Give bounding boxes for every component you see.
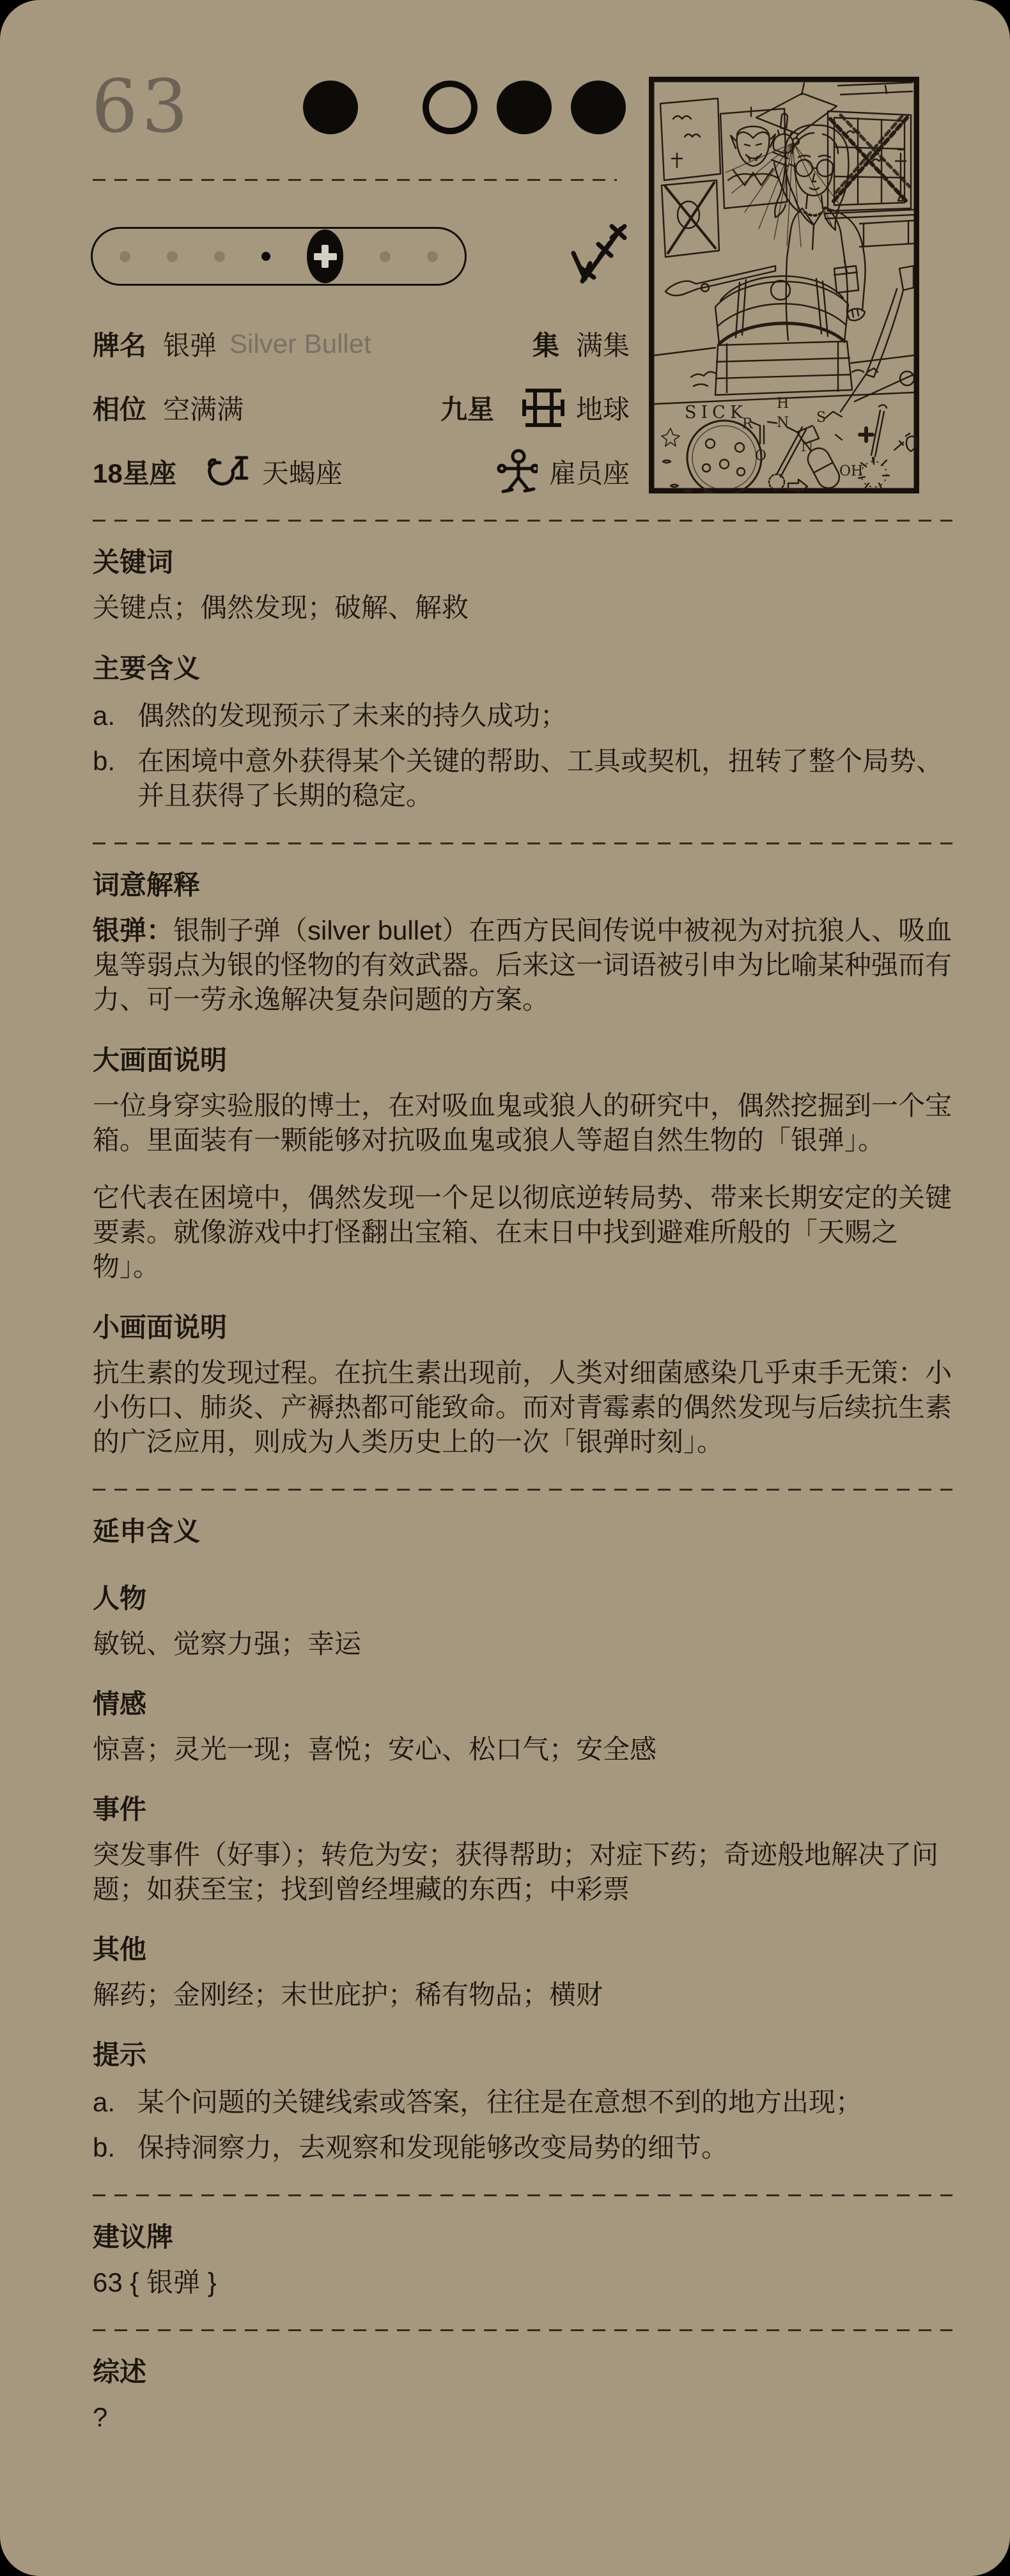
list-item: b.保持洞察力，去观察和发现能够改变局势的细节。 [93, 2130, 952, 2165]
phase-slider[interactable] [91, 227, 467, 286]
info-label: 九星 [440, 389, 494, 427]
paragraph: 关键点；偶然发现；破解、解救 [93, 591, 952, 625]
paragraph: 银弹：银制子弹（silver bullet）在西方民间传说中被视为对抗狼人、吸血… [93, 913, 952, 1017]
list-text: 在困境中意外获得某个关键的帮助、工具或契机，扭转了整个局势、并且获得了长期的稳定… [137, 744, 952, 813]
chem-label-n1: N [777, 415, 789, 431]
phase-dots [303, 81, 626, 134]
section-divider [93, 2194, 952, 2196]
section-divider [93, 1489, 952, 1491]
section-divider [93, 842, 952, 844]
section-heading: 综述 [93, 2355, 952, 2389]
info-row-constellation: 雇员座 [440, 455, 630, 488]
list-text: 某个问题的关键线索或答案，往往是在意想不到的地方出现； [137, 2085, 952, 2120]
phase-dot-outline [423, 81, 478, 134]
lettered-list: a.某个问题的关键线索或答案，往往是在意想不到的地方出现；b.保持洞察力，去观察… [93, 2085, 952, 2165]
phase-dot-filled [303, 81, 358, 134]
section-heading: 关键词 [93, 545, 952, 580]
paragraph: 它代表在困境中，偶然发现一个足以彻底逆转局势、带来长期安定的关键要素。就像游戏中… [93, 1181, 952, 1284]
chem-label-h: H [777, 396, 789, 412]
section-heading: 大画面说明 [93, 1043, 952, 1078]
section-heading: 小画面说明 [93, 1310, 952, 1345]
info-row-phase: 相位 空满满 [93, 391, 371, 424]
slider-dot[interactable] [261, 252, 270, 261]
info-label: 相位 [93, 389, 146, 427]
card-name-cn: 银弹 [163, 325, 217, 363]
chem-label-o: O [755, 448, 766, 464]
paragraph: 敏锐、觉察力强；幸运 [93, 1627, 952, 1661]
chem-label-oh: OH [839, 463, 863, 479]
earth-sigil-icon [522, 384, 564, 431]
slider-dot[interactable] [214, 251, 225, 262]
section-heading: 主要含义 [93, 651, 952, 686]
slider-dot[interactable] [120, 251, 130, 262]
section-subheading: 其他 [93, 1932, 952, 1967]
section-subheading: 事件 [93, 1792, 952, 1827]
phase-dot-filled [571, 81, 626, 134]
paragraph: 抗生素的发现过程。在抗生素出现前，人类对细菌感染几乎束手无策：小小伤口、肺炎、产… [93, 1356, 952, 1459]
section-divider [93, 2329, 952, 2331]
tarot-card-page: 63 牌名 银弹 Silver Bullet 相位 空满满 18 [0, 0, 1010, 2576]
list-item: a.偶然的发现预示了未来的持久成功； [93, 699, 952, 733]
info-left-column: 牌名 银弹 Silver Bullet 相位 空满满 18星座 天蝎座 [93, 327, 371, 488]
list-item: b.在困境中意外获得某个关键的帮助、工具或契机，扭转了整个局势、并且获得了长期的… [93, 744, 952, 813]
info-row-ninestar: 九星 地球 [440, 391, 630, 424]
paragraph: 63 { 银弹 } [93, 2265, 952, 2300]
section-subheading: 人物 [93, 1581, 952, 1616]
card-illustration: SICK R H N S N O OH [649, 77, 919, 493]
list-marker: b. [93, 744, 137, 813]
info-label: 牌名 [93, 325, 146, 363]
section-heading: 词意解释 [93, 868, 952, 903]
zodiac-value: 天蝎座 [262, 453, 343, 491]
phase-dot-filled [497, 81, 552, 134]
set-value: 满集 [576, 325, 630, 363]
slider-knob-plus[interactable] [307, 229, 343, 283]
list-item: a.某个问题的关键线索或答案，往往是在意想不到的地方出现； [93, 2085, 952, 2120]
paragraph: 一位身穿实验服的博士，在对吸血鬼或狼人的研究中，偶然挖掘到一个宝箱。里面装有一颗… [93, 1089, 952, 1158]
paragraph: ? [93, 2400, 952, 2435]
content-sections: 关键词关键点；偶然发现；破解、解救主要含义a.偶然的发现预示了未来的持久成功；b… [93, 520, 952, 2435]
lettered-list: a.偶然的发现预示了未来的持久成功；b.在困境中意外获得某个关键的帮助、工具或契… [93, 699, 952, 813]
list-marker: b. [93, 2130, 137, 2165]
chem-label-s: S [816, 410, 826, 426]
employee-figure-icon [497, 448, 538, 495]
chem-label-n2: N [801, 439, 813, 455]
section-subheading: 提示 [93, 2038, 952, 2072]
info-right-column: 集 满集 九星 地球 [440, 327, 630, 488]
section-subheading: 情感 [93, 1687, 952, 1721]
paragraph: 突发事件（好事）；转危为安；获得帮助；对症下药；奇迹般地解决了问题；如获至宝；找… [93, 1838, 952, 1907]
chem-label-r: R [742, 416, 754, 432]
info-row-zodiac: 18星座 天蝎座 [93, 455, 371, 488]
illustration-label-sick: SICK [685, 403, 747, 423]
paragraph: 惊喜；灵光一现；喜悦；安心、松口气；安全感 [93, 1732, 952, 1767]
list-text: 保持洞察力，去观察和发现能够改变局势的细节。 [137, 2130, 952, 2165]
ninestar-value: 地球 [576, 389, 630, 427]
paragraph-lead: 银弹： [93, 915, 173, 945]
info-row-set: 集 满集 [440, 327, 630, 361]
scorpio-hook-icon [205, 454, 251, 490]
section-divider [93, 520, 952, 522]
card-number: 63 [91, 70, 192, 143]
section-heading: 建议牌 [93, 2220, 952, 2254]
paragraph: 解药；金刚经；末世庇护；稀有物品；横财 [93, 1978, 952, 2012]
phase-value: 空满满 [163, 389, 244, 427]
info-label: 集 [532, 325, 559, 363]
arrow-with-stars-icon [570, 221, 627, 285]
slider-dot[interactable] [427, 251, 438, 262]
slider-dot[interactable] [167, 251, 178, 262]
info-label: 18星座 [93, 453, 176, 491]
card-name-en: Silver Bullet [229, 329, 371, 359]
info-row-name: 牌名 银弹 Silver Bullet [93, 327, 371, 361]
list-marker: a. [93, 2085, 137, 2120]
constellation-value: 雇员座 [549, 453, 630, 491]
slider-dot[interactable] [380, 251, 391, 262]
section-heading: 延申含义 [93, 1514, 952, 1549]
list-text: 偶然的发现预示了未来的持久成功； [137, 699, 952, 733]
list-marker: a. [93, 699, 137, 733]
header-divider [93, 179, 617, 181]
